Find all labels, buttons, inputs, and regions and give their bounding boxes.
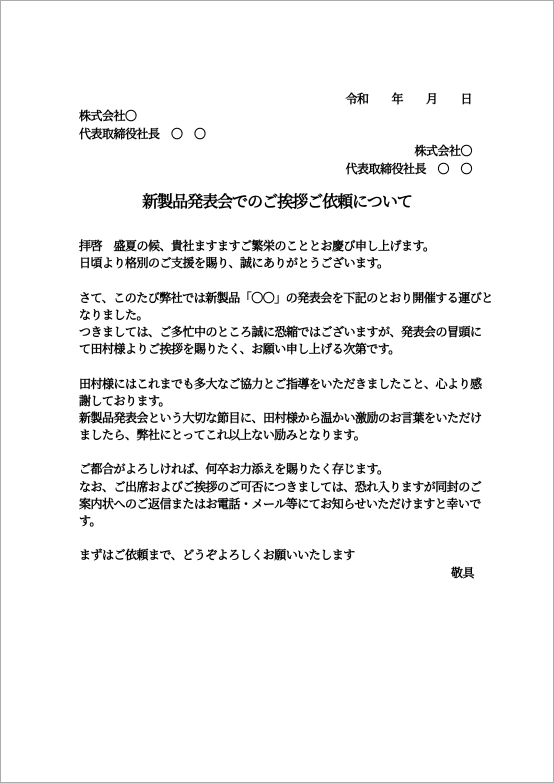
body-line: て田村様よりご挨拶を賜りたく、お願い申し上げる次第です。 bbox=[79, 341, 499, 358]
body-line: 拝啓 盛夏の候、貴社ますますご繁栄のこととお慶び申し上げます。 bbox=[79, 238, 499, 255]
body-line-blank bbox=[79, 444, 499, 461]
letter-title: 新製品発表会でのご挨拶ご依頼について bbox=[1, 193, 553, 213]
letter-page: 令和 年 月 日 株式会社〇 代表取締役社長 〇 〇 株式会社〇 代表取締役社長… bbox=[0, 0, 554, 783]
addressee-company: 株式会社〇 bbox=[79, 108, 472, 125]
sender-company: 株式会社〇 bbox=[79, 143, 472, 160]
addressee-person: 代表取締役社長 〇 〇 bbox=[79, 126, 472, 143]
body-line: ましたら、弊社にとってこれ以上ない励みとなります。 bbox=[79, 427, 499, 444]
sender-person: 代表取締役社長 〇 〇 bbox=[79, 161, 472, 178]
closing-word: 敬具 bbox=[79, 565, 499, 582]
body-line: さて、このたび弊社では新製品「〇〇」の発表会を下記のとおり開催する運びと bbox=[79, 290, 499, 307]
body-line-blank bbox=[79, 272, 499, 289]
letter-header: 令和 年 月 日 株式会社〇 代表取締役社長 〇 〇 株式会社〇 代表取締役社長… bbox=[79, 91, 472, 178]
body-line: つきましては、ご多忙中のところ誠に恐縮ではございますが、発表会の冒頭に bbox=[79, 324, 499, 341]
body-line: 案内状へのご返信またはお電話・メール等にてお知らせいただけますと幸いで bbox=[79, 496, 499, 513]
letter-body: 拝啓 盛夏の候、貴社ますますご繁栄のこととお慶び申し上げます。 日頃より格別のご… bbox=[79, 238, 499, 582]
body-line: 田村様にはこれまでも多大なご協力とご指導をいただきましたこと、心より感 bbox=[79, 376, 499, 393]
body-line-blank bbox=[79, 530, 499, 547]
body-line: なお、ご出席およびご挨拶のご可否につきましては、恐れ入りますが同封のご bbox=[79, 479, 499, 496]
body-line: 日頃より格別のご支援を賜り、誠にありがとうございます。 bbox=[79, 255, 499, 272]
body-line: 新製品発表会という大切な節目に、田村様から温かい激励のお言葉をいただけ bbox=[79, 410, 499, 427]
body-line: す。 bbox=[79, 513, 499, 530]
body-line: なりました。 bbox=[79, 307, 499, 324]
date-line: 令和 年 月 日 bbox=[79, 91, 472, 108]
body-line: まずはご依頼まで、どうぞよろしくお願いいたします bbox=[79, 547, 499, 564]
body-line: 謝しております。 bbox=[79, 393, 499, 410]
body-line: ご都合がよろしければ、何卒お力添えを賜りたく存じます。 bbox=[79, 461, 499, 478]
body-line-blank bbox=[79, 358, 499, 375]
